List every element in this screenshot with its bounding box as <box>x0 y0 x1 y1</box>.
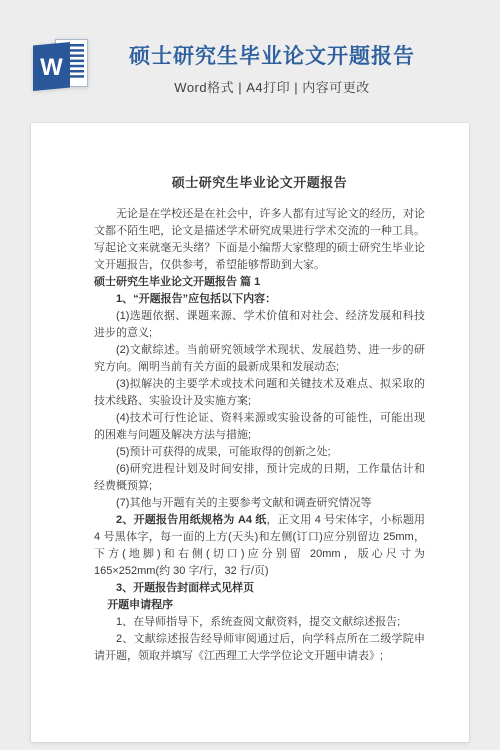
paragraph: (1)选题依据、课题来源、学术价值和对社会、经济发展和科技进步的意义; <box>94 308 425 342</box>
document-page: 硕士研究生毕业论文开题报告 无论是在学校还是在社会中，许多人都有过写论文的经历，… <box>31 123 469 742</box>
paragraph: (7)其他与开题有关的主要参考文献和调查研究情况等 <box>94 495 425 512</box>
paragraph: 1、在导师指导下，系统查阅文献资料，提交文献综述报告; <box>94 614 425 631</box>
page-title: 硕士研究生毕业论文开题报告 <box>44 44 500 70</box>
paragraph: 2、文献综述报告经导师审阅通过后，向学科点所在二级学院申请开题，领取并填写《江西… <box>94 631 425 665</box>
document-title: 硕士研究生毕业论文开题报告 <box>94 175 425 191</box>
paragraph: 1、“开题报告”应包括以下内容： <box>94 291 425 308</box>
paragraph-bold-text: 1、“开题报告”应包括以下内容： <box>116 293 276 305</box>
paragraph-bold-text: 硕士研究生毕业论文开题报告 篇 1 <box>94 276 260 288</box>
paragraph-bold-text: 开题申请程序 <box>107 599 173 611</box>
header-text-block: 硕士研究生毕业论文开题报告 Word格式 | A4打印 | 内容可更改 <box>44 44 500 96</box>
paragraph: (4)技术可行性论证、资料来源或实验设备的可能性，可能出现的困难与问题及解决方法… <box>94 410 425 444</box>
paragraph: (2)文献综述。当前研究领域学术现状、发展趋势、进一步的研究方向。阐明当前有关方… <box>94 342 425 376</box>
paragraph-bold-text: 2、开题报告用纸规格为 A4 纸 <box>116 514 267 526</box>
document-body: 无论是在学校还是在社会中，许多人都有过写论文的经历，对论文都不陌生吧，论文是描述… <box>94 206 425 665</box>
paragraph: 开题申请程序 <box>94 597 425 614</box>
page-subtitle: Word格式 | A4打印 | 内容可更改 <box>44 77 500 96</box>
page-background: { "header": { "title": "硕士研究生毕业论文开题报告", … <box>0 0 500 750</box>
paragraph: 硕士研究生毕业论文开题报告 篇 1 <box>94 274 425 291</box>
paragraph: 2、开题报告用纸规格为 A4 纸，正文用 4 号宋体字，小标题用 4 号黑体字，… <box>94 512 425 580</box>
paragraph: 无论是在学校还是在社会中，许多人都有过写论文的经历，对论文都不陌生吧，论文是描述… <box>94 206 425 274</box>
paragraph: (5)预计可获得的成果，可能取得的创新之处; <box>94 444 425 461</box>
header: W 硕士研究生毕业论文开题报告 Word格式 | A4打印 | 内容可更改 <box>0 0 500 123</box>
paragraph-bold-text: 3、开题报告封面样式见样页 <box>116 582 254 594</box>
paragraph: (6)研究进程计划及时间安排，预计完成的日期，工作量估计和经费概预算; <box>94 461 425 495</box>
paragraph: (3)拟解决的主要学术或技术问题和关键技术及难点、拟采取的技术线路、实验设计及实… <box>94 376 425 410</box>
paragraph: 3、开题报告封面样式见样页 <box>94 580 425 597</box>
